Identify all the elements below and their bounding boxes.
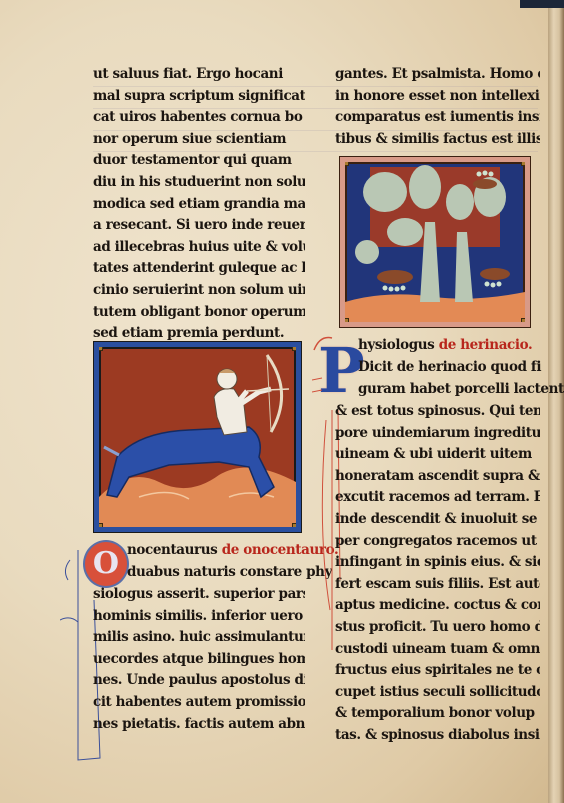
text-line: hominis similis. inferior uero si <box>93 606 305 628</box>
left-column-text-top: ut saluus fiat. Ergo hocani mal supra sc… <box>93 64 305 345</box>
text-line: diu in his studuerint non solu <box>93 172 305 194</box>
text-line: duor testamentor qui quam <box>93 150 305 172</box>
text-line: custodi uineam tuam & omnes <box>335 639 540 661</box>
text-line: cat uiros habentes cornua bo <box>93 107 305 129</box>
frame-corner <box>521 318 530 327</box>
text-line: cinio seruierint non solum uir <box>93 280 305 302</box>
text-line: guram habet porcelli lactentis. <box>358 379 564 401</box>
hedgehog-tree-illustration <box>345 162 525 322</box>
text-line: comparatus est iumentis insipie <box>335 107 540 129</box>
left-column-text-bottom-cont: siologus asserit. superior pars hominis … <box>93 584 305 735</box>
text-line: fert escam suis filiis. Est autem <box>335 574 540 596</box>
text-line: in honore esset non intellexit. <box>335 86 540 108</box>
text-line: & temporalium bonor volup <box>335 703 540 725</box>
centaur-illustration <box>99 347 296 527</box>
text-line: duabus naturis constare phy <box>127 562 332 584</box>
text-line: aptus medicine. coctus & come <box>335 595 540 617</box>
text-line: ut saluus fiat. Ergo hocani <box>93 64 305 86</box>
heading-word: nocentaurus <box>127 542 217 558</box>
frame-corner <box>292 523 301 532</box>
text-line: nor operum siue scientiam <box>93 129 305 151</box>
text-line: ad illecebras huius uite & volup <box>93 237 305 259</box>
next-page-edge <box>548 0 564 803</box>
frame-corner <box>292 342 301 351</box>
text-line: uineam & ubi uiderit uitem <box>335 444 540 466</box>
hedgehog-miniature <box>340 157 530 327</box>
right-column-text-bottom: Dicit de herinacio quod fi guram habet p… <box>358 357 564 400</box>
frame-corner <box>94 523 103 532</box>
text-line: gantes. Et psalmista. Homo cu <box>335 64 540 86</box>
right-column-text-top: gantes. Et psalmista. Homo cu in honore … <box>335 64 540 150</box>
text-line: inde descendit & inuoluit se su <box>335 509 540 531</box>
text-line: per congregatos racemos ut <box>335 531 540 553</box>
text-line: cit habentes autem promissio <box>93 692 305 714</box>
text-line: infingant in spinis eius. & sic <box>335 552 540 574</box>
text-line: nes. Unde paulus apostolus di <box>93 670 305 692</box>
frame-corner <box>521 157 530 166</box>
text-line: excutit racemos ad terram. Et <box>335 487 540 509</box>
right-column-text-bottom-cont: & est totus spinosus. Qui tem pore uinde… <box>335 401 540 747</box>
text-line: nes pietatis. factis autem abne <box>93 714 305 736</box>
text-line: fructus eius spiritales ne te oc <box>335 660 540 682</box>
text-line: uecordes atque bilingues homi <box>93 649 305 671</box>
text-line: cupet istius seculi sollicitudo <box>335 682 540 704</box>
text-line: modica sed etiam grandia ma <box>93 194 305 216</box>
heading-word: hysiologus <box>358 337 434 353</box>
text-line: Dicit de herinacio quod fi <box>358 357 564 379</box>
centaur-miniature <box>94 342 301 532</box>
text-line: siologus asserit. superior pars <box>93 584 305 606</box>
text-line: a resecant. Si uero inde reuersi <box>93 215 305 237</box>
frame-corner <box>340 318 349 327</box>
text-line: tas. & spinosus diabolus insi <box>335 725 540 747</box>
rubric-title: de herinacio. <box>439 337 533 353</box>
frame-corner <box>340 157 349 166</box>
text-line: pore uindemiarum ingreditur <box>335 423 540 445</box>
text-line: tutem obligant bonor operum <box>93 302 305 324</box>
left-heading-line: nocentaurus de onocentauro. <box>127 540 338 562</box>
text-line: stus proficit. Tu uero homo dei <box>335 617 540 639</box>
text-line: & est totus spinosus. Qui tem <box>335 401 540 423</box>
text-line: mal supra scriptum significat <box>93 86 305 108</box>
right-heading-line: hysiologus de herinacio. <box>358 335 532 357</box>
text-line: honeratam ascendit supra & <box>335 466 540 488</box>
left-column-text-bottom: duabus naturis constare phy <box>127 562 332 584</box>
text-line: tibus & similis factus est illis. <box>335 129 540 151</box>
frame-corner <box>94 342 103 351</box>
background-corner <box>520 0 564 8</box>
text-line: tates attenderint guleque ac leno <box>93 258 305 280</box>
text-line: milis asino. huic assimulantur <box>93 627 305 649</box>
